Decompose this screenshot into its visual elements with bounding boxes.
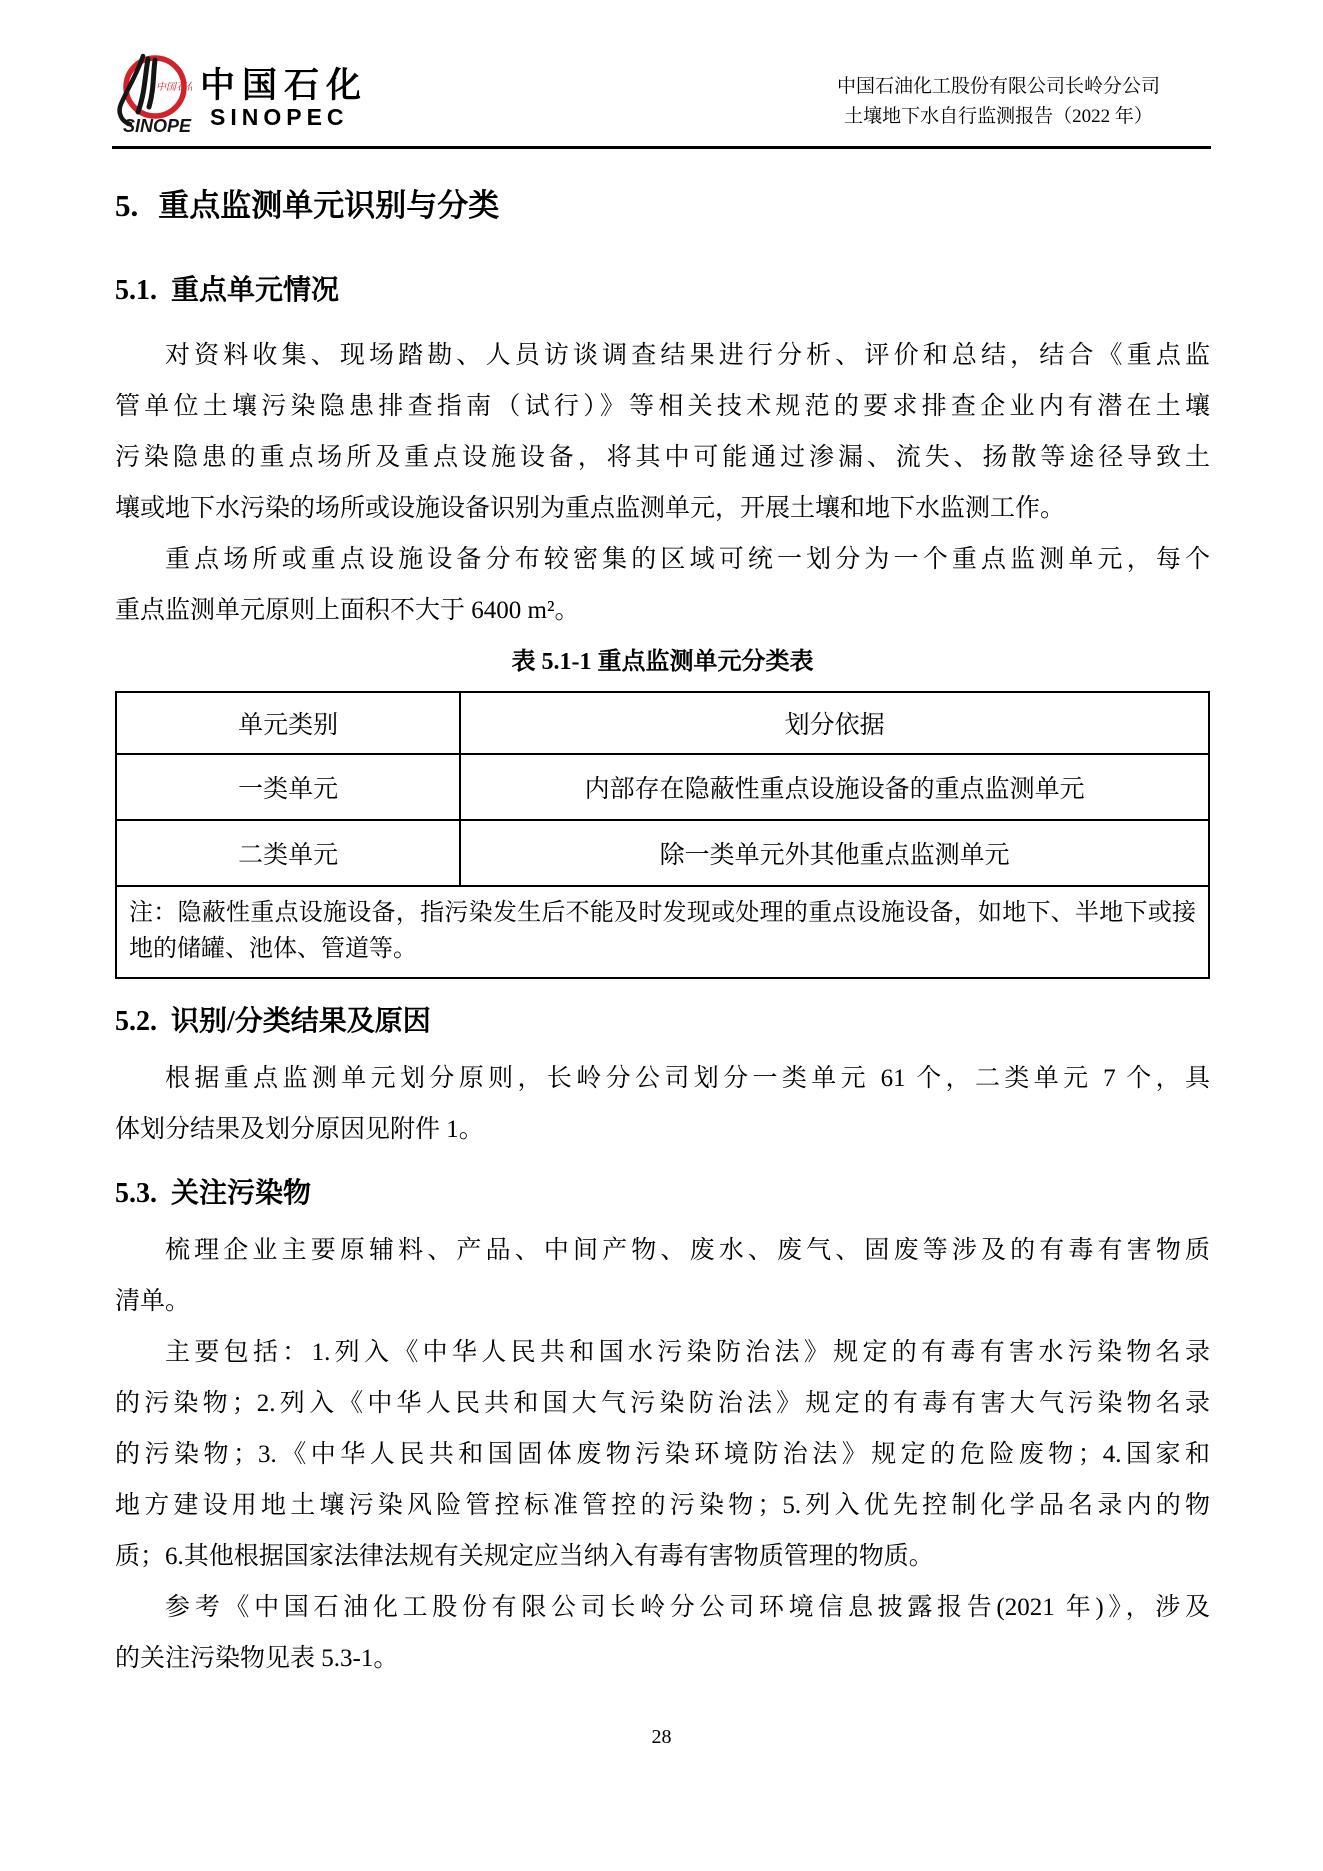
text-line: 清单。 — [115, 1276, 1210, 1327]
text-line: 壤或地下水污染的场所或设施设备识别为重点监测单元，开展土壤和地下水监测工作。 — [115, 483, 1210, 534]
table-cell-unit-type-2: 二类单元 — [116, 820, 460, 886]
header-divider — [112, 146, 1211, 149]
document-page: 中国石化 SINOPEC 中国石化 SINOPEC 中国石油化工股份有限公司长岭… — [0, 0, 1323, 1871]
section-5-1-title: 重点单元情况 — [171, 275, 339, 306]
text-line: 参考《中国石油化工股份有限公司长岭分公司环境信息披露报告(2021 年)》，涉及 — [115, 1582, 1210, 1633]
table-header-classification-basis: 划分依据 — [460, 692, 1209, 754]
text-line: 重点监测单元原则上面积不大于 6400 m²。 — [115, 585, 1210, 636]
header-logo-block: 中国石化 SINOPEC 中国石化 SINOPEC — [112, 50, 368, 136]
text-line: 重点场所或重点设施设备分布较密集的区域可统一划分为一个重点监测单元，每个 — [115, 534, 1210, 585]
chapter-title: 5.重点监测单元识别与分类 — [115, 186, 1210, 226]
paragraph-5-1-b: 重点场所或重点设施设备分布较密集的区域可统一划分为一个重点监测单元，每个 重点监… — [115, 534, 1210, 636]
text-line: 的污染物；3.《中华人民共和国固体废物污染环境防治法》规定的危险废物；4.国家和 — [115, 1429, 1210, 1480]
logo-seal-text: 中国石化 — [156, 81, 192, 93]
text-line: 主要包括：1.列入《中华人民共和国水污染防治法》规定的有毒有害水污染物名录 — [115, 1327, 1210, 1378]
brand-text-block: 中国石化 SINOPEC — [200, 50, 368, 129]
section-5-3-heading: 5.3.关注污染物 — [115, 1175, 1210, 1213]
section-5-3-title: 关注污染物 — [171, 1178, 311, 1209]
table-caption: 表 5.1-1 重点监测单元分类表 — [115, 646, 1210, 678]
text-line: 体划分结果及划分原因见附件 1。 — [115, 1104, 1210, 1155]
table-cell-unit-type-1: 一类单元 — [116, 754, 460, 820]
paragraph-5-2: 根据重点监测单元划分原则，长岭分公司划分一类单元 61 个，二类单元 7 个，具… — [115, 1053, 1210, 1155]
section-5-1-number: 5.1. — [115, 275, 157, 306]
table-header-row: 单元类别 划分依据 — [116, 692, 1209, 754]
paragraph-5-3-b: 主要包括：1.列入《中华人民共和国水污染防治法》规定的有毒有害水污染物名录 的污… — [115, 1327, 1210, 1582]
paragraph-5-3-a: 梳理企业主要原辅料、产品、中间产物、废水、废气、固废等涉及的有毒有害物质 清单。 — [115, 1225, 1210, 1327]
table-row: 二类单元 除一类单元外其他重点监测单元 — [116, 820, 1209, 886]
table-row: 一类单元 内部存在隐蔽性重点设施设备的重点监测单元 — [116, 754, 1209, 820]
logo-wordmark-text: SINOPEC — [123, 116, 192, 136]
text-line: 根据重点监测单元划分原则，长岭分公司划分一类单元 61 个，二类单元 7 个，具 — [115, 1053, 1210, 1104]
table-note: 注：隐蔽性重点设施设备，指污染发生后不能及时发现或处理的重点设施设备，如地下、半… — [116, 886, 1209, 978]
text-line: 质；6.其他根据国家法律法规有关规定应当纳入有毒有害物质管理的物质。 — [115, 1531, 1210, 1582]
text-line: 地方建设用地土壤污染风险管控标准管控的污染物；5.列入优先控制化学品名录内的物 — [115, 1480, 1210, 1531]
section-5-1-heading: 5.1.重点单元情况 — [115, 272, 1210, 310]
text-line: 污染隐患的重点场所及重点设施设备，将其中可能通过渗漏、流失、扬散等途径导致土 — [115, 432, 1210, 483]
doc-info-company: 中国石油化工股份有限公司长岭分公司 — [837, 72, 1160, 102]
page-content: 5.重点监测单元识别与分类 5.1.重点单元情况 对资料收集、现场踏勘、人员访谈… — [115, 160, 1210, 1684]
table-note-row: 注：隐蔽性重点设施设备，指污染发生后不能及时发现或处理的重点设施设备，如地下、半… — [116, 886, 1209, 978]
text-line: 对资料收集、现场踏勘、人员访谈调查结果进行分析、评价和总结，结合《重点监 — [115, 330, 1210, 381]
section-5-2-title: 识别/分类结果及原因 — [171, 1006, 431, 1037]
brand-name-cn: 中国石化 — [200, 68, 368, 104]
doc-info-report-title: 土壤地下水自行监测报告（2022 年） — [837, 102, 1160, 132]
text-line: 梳理企业主要原辅料、产品、中间产物、废水、废气、固废等涉及的有毒有害物质 — [115, 1225, 1210, 1276]
section-5-3-number: 5.3. — [115, 1178, 157, 1209]
text-line: 管单位土壤污染隐患排查指南（试行）》等相关技术规范的要求排查企业内有潜在土壤 — [115, 381, 1210, 432]
header-doc-info: 中国石油化工股份有限公司长岭分公司 土壤地下水自行监测报告（2022 年） — [837, 72, 1160, 132]
table-cell-basis-1: 内部存在隐蔽性重点设施设备的重点监测单元 — [460, 754, 1209, 820]
table-header-unit-category: 单元类别 — [116, 692, 460, 754]
page-number: 28 — [0, 1726, 1323, 1749]
paragraph-5-1-a: 对资料收集、现场踏勘、人员访谈调查结果进行分析、评价和总结，结合《重点监 管单位… — [115, 330, 1210, 534]
brand-name-en: SINOPEC — [210, 105, 368, 129]
text-line: 的污染物；2.列入《中华人民共和国大气污染防治法》规定的有毒有害大气污染物名录 — [115, 1378, 1210, 1429]
table-cell-basis-2: 除一类单元外其他重点监测单元 — [460, 820, 1209, 886]
chapter-number: 5. — [115, 188, 138, 223]
chapter-title-text: 重点监测单元识别与分类 — [158, 188, 499, 223]
paragraph-5-3-c: 参考《中国石油化工股份有限公司长岭分公司环境信息披露报告(2021 年)》，涉及… — [115, 1582, 1210, 1684]
sinopec-logo-icon: 中国石化 SINOPEC — [112, 50, 192, 136]
text-line: 的关注污染物见表 5.3-1。 — [115, 1633, 1210, 1684]
section-5-2-number: 5.2. — [115, 1006, 157, 1037]
unit-classification-table: 单元类别 划分依据 一类单元 内部存在隐蔽性重点设施设备的重点监测单元 二类单元… — [115, 691, 1210, 979]
section-5-2-heading: 5.2.识别/分类结果及原因 — [115, 1003, 1210, 1041]
